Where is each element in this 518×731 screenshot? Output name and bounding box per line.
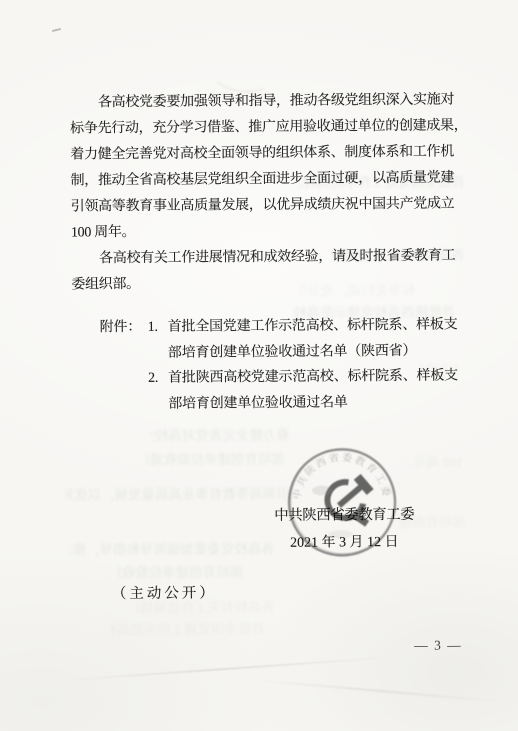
body-line: 100 周年。 — [71, 217, 467, 246]
body-line: 各高校有关工作进展情况和成效经验，请及时报省委教育工 — [71, 243, 467, 272]
body-line: 委组织部。 — [71, 269, 467, 298]
attachment-list: 附件：1.首批全国党建工作示范高校、标杆院系、样板支 部培育创建单位验收通过名单… — [100, 312, 471, 417]
body-line: 引领高等教育事业高质量发展，以优异成绩庆祝中国共产党成立 — [71, 191, 467, 220]
attachment-item: 附件：1.首批全国党建工作示范高校、标杆院系、样板支 — [100, 312, 470, 340]
attachment-item-continuation: 部培育创建单位验收通过名单 — [100, 389, 470, 417]
attachment-text: 首批全国党建工作示范高校、标杆院系、样板支 — [168, 317, 458, 334]
seal-arc-text: 中共陕西省委教育工委 — [290, 450, 394, 500]
page-number: — 3 — — [414, 637, 462, 653]
attachment-number: 1. — [148, 315, 168, 341]
attachment-item: 2.首批陕西高校党建示范高校、标杆院系、样板支 — [100, 363, 470, 391]
body-text: 各高校党委要加强领导和指导，推动各级党组织深入实施对 标争先行动，充分学习借鉴、… — [70, 87, 468, 298]
official-seal: 中共陕西省委教育工委 — [282, 442, 403, 563]
attachment-text: 首批陕西高校党建示范高校、标杆院系、样板支 — [168, 368, 458, 385]
body-line: 着力健全完善党对高校全面领导的组织体系、制度体系和工作机 — [70, 139, 466, 168]
attachment-label: 附件： — [100, 315, 148, 341]
attachment-item-continuation: 部培育创建单位验收通过名单（陕西省） — [100, 338, 470, 366]
letter-content: 各高校党委要加强领导和指导，推动各级党组织深入实施对 标争先行动，充分学习借鉴、… — [0, 0, 518, 731]
attachment-number: 2. — [148, 366, 168, 392]
hammer-sickle-icon — [324, 474, 374, 527]
body-line: 标争先行动，充分学习借鉴、推广应用验收通过单位的创建成果， — [70, 113, 466, 142]
disclosure-note: （主动公开） — [112, 581, 217, 603]
scanned-document-page: 首批全国党建工作示范高校、标杆院系、样板支 各高校有关工作进展情况和成效经验，请… — [0, 0, 518, 731]
body-line: 制，推动全省高校基层党组织全面进步全面过硬，以高质量党建 — [70, 165, 466, 194]
body-line: 各高校党委要加强领导和指导，推动各级党组织深入实施对 — [70, 87, 466, 116]
